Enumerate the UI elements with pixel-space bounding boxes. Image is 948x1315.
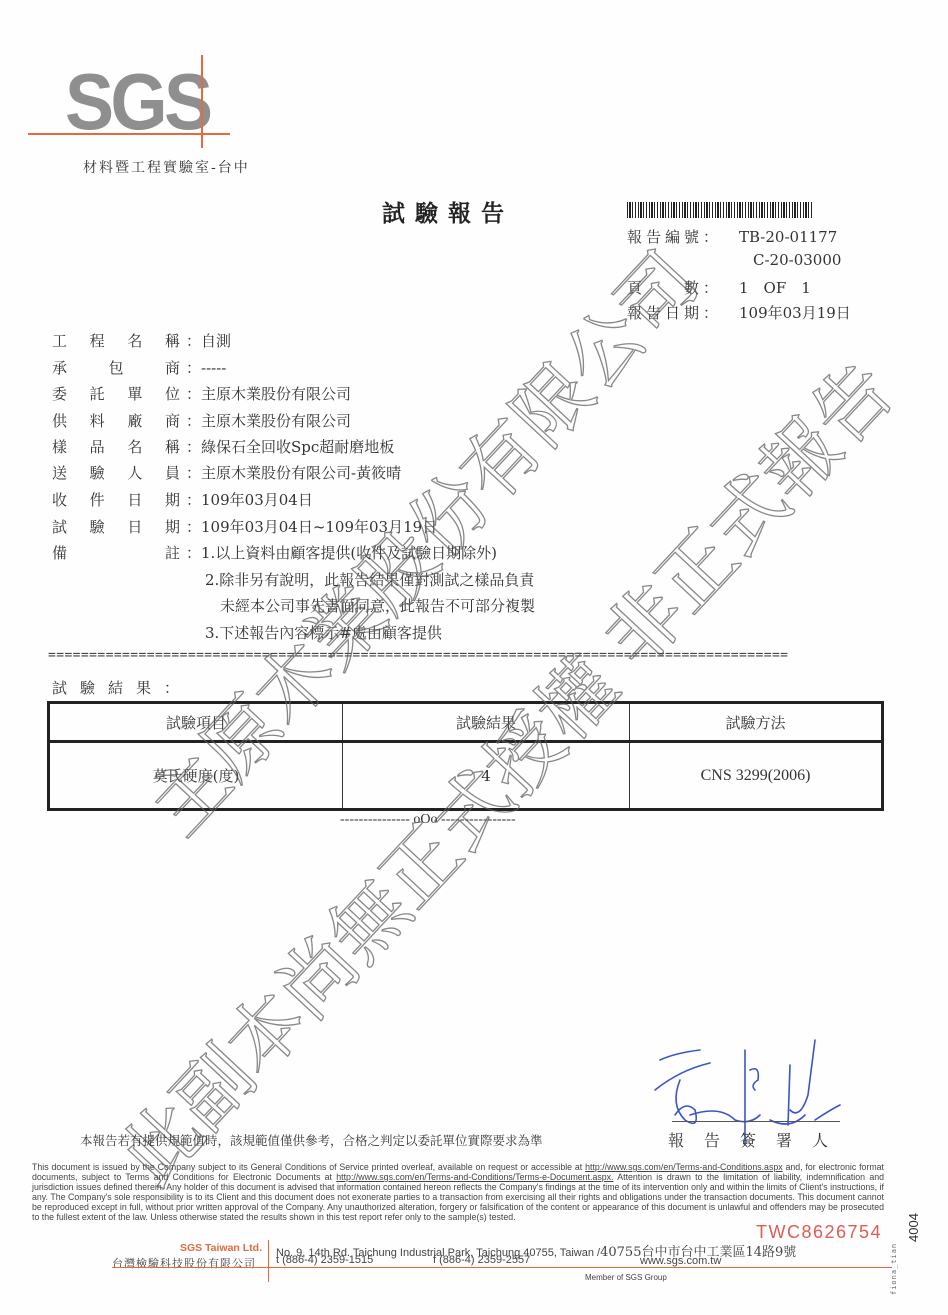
info-row: 收件日期：109年03月04日 [52, 489, 313, 510]
info-value: 主原木業股份有限公司 [201, 412, 351, 430]
info-row: 委託單位：主原木業股份有限公司 [52, 383, 351, 404]
info-row: 承包商：----- [52, 357, 226, 378]
info-label: 備註 [52, 542, 180, 563]
info-label: 委託單位 [52, 383, 180, 404]
legal-text: This document is issued by the Company s… [32, 1162, 585, 1172]
logo-rule-vertical [201, 55, 203, 148]
info-label: 樣品名稱 [52, 436, 180, 457]
info-value: 主原木業股份有限公司-黃筱晴 [201, 464, 401, 482]
info-value: 自測 [201, 332, 231, 350]
info-colon: ： [186, 491, 201, 509]
info-value: 109年03月04日 [201, 491, 313, 509]
footer-website[interactable]: www.sgs.com.tw [640, 1255, 721, 1267]
table-row: 莫氏硬度(度) 4 CNS 3299(2006) [49, 742, 883, 810]
info-value: ----- [201, 359, 226, 377]
column-header: 試驗方法 [630, 703, 883, 742]
info-colon: ： [186, 332, 201, 350]
report-date-row: 報告日期：109年03月19日 [627, 302, 851, 323]
info-label: 工程名稱 [52, 330, 180, 351]
signer-label: 報告簽署人 [668, 1128, 848, 1151]
info-label: 試驗日期 [52, 516, 180, 537]
legal-disclaimer: This document is issued by the Company s… [32, 1162, 884, 1222]
info-label: 供料廠商 [52, 410, 180, 431]
results-label: 試驗結果： [52, 677, 192, 698]
note-line: 3.下述報告內容標示#處由顧客提供 [205, 622, 442, 643]
e-document-terms-link[interactable]: http://www.sgs.com/en/Terms-and-Conditio… [336, 1172, 613, 1182]
report-number-label: 報告編號： [627, 226, 739, 247]
footer-rule-vertical [268, 1240, 269, 1282]
column-header: 試驗結果 [343, 703, 630, 742]
info-value: 主原木業股份有限公司 [201, 385, 351, 403]
report-number: TB-20-01177 [739, 228, 837, 246]
lab-name: 材料暨工程實驗室-台中 [83, 157, 250, 177]
footer-phone: t (886-4) 2359-1515 [276, 1254, 373, 1266]
info-colon: ： [186, 385, 201, 403]
report-number-secondary: C-20-03000 [753, 251, 841, 269]
info-value: 1.以上資料由顧客提供(收件及試驗日期除外) [201, 544, 497, 562]
info-colon: ： [186, 464, 201, 482]
test-method: CNS 3299(2006) [630, 742, 883, 810]
info-value: 109年03月04日~109年03月19日 [201, 518, 437, 536]
column-header: 試驗項目 [49, 703, 343, 742]
note-line: 2.除非另有說明，此報告結果僅對測試之樣品負責 [205, 569, 534, 590]
signature-line [672, 1121, 840, 1122]
side-note: fiona_tian [890, 1243, 898, 1295]
footer-fax: f (886-4) 2359-2557 [433, 1254, 530, 1266]
table-header-row: 試驗項目 試驗結果 試驗方法 [49, 703, 883, 742]
separator-line: ========================================… [48, 648, 884, 663]
pages-row: 頁 數：1 OF 1 [627, 277, 811, 298]
info-colon: ： [186, 412, 201, 430]
side-code: 4004 [906, 1213, 921, 1242]
info-row: 樣品名稱：綠保石全回收Spc超耐磨地板 [52, 436, 394, 457]
sgs-logo: SGS [65, 62, 209, 142]
report-date: 109年03月19日 [739, 304, 851, 322]
pages-label: 頁 數： [627, 277, 739, 298]
logo-rule-horizontal [28, 133, 230, 135]
info-label: 收件日期 [52, 489, 180, 510]
info-row: 工程名稱：自測 [52, 330, 231, 351]
info-colon: ： [186, 518, 201, 536]
terms-link[interactable]: http://www.sgs.com/en/Terms-and-Conditio… [585, 1162, 783, 1172]
test-item: 莫氏硬度(度) [49, 742, 343, 810]
info-label: 送驗人員 [52, 462, 180, 483]
footer-rule-horizontal [112, 1267, 892, 1268]
barcode-icon [627, 202, 813, 218]
report-date-label: 報告日期： [627, 302, 739, 323]
info-row: 供料廠商：主原木業股份有限公司 [52, 410, 351, 431]
pages-value: 1 OF 1 [739, 279, 811, 297]
info-value: 綠保石全回收Spc超耐磨地板 [201, 438, 394, 456]
end-of-results-mark: --------------- oOo ---------------- [340, 812, 516, 828]
spec-disclaimer: 本報告若有提供規範值時，該規範值僅供參考，合格之判定以委託單位實際要求為準 [80, 1131, 543, 1149]
info-row: 送驗人員：主原木業股份有限公司-黃筱晴 [52, 462, 401, 483]
note-line: 未經本公司事先書面同意，此報告不可部分複製 [205, 595, 535, 616]
info-colon: ： [186, 438, 201, 456]
document-title: 試驗報告 [382, 195, 514, 228]
info-label: 承包商 [52, 357, 180, 378]
info-colon: ： [186, 544, 201, 562]
info-row: 備註：1.以上資料由顧客提供(收件及試驗日期除外) [52, 542, 497, 563]
test-result: 4 [343, 742, 630, 810]
info-row: 試驗日期：109年03月04日~109年03月19日 [52, 516, 437, 537]
results-table: 試驗項目 試驗結果 試驗方法 莫氏硬度(度) 4 CNS 3299(2006) [47, 701, 884, 811]
report-number-row: 報告編號：TB-20-01177 [627, 226, 837, 247]
info-colon: ： [186, 359, 201, 377]
footer-company-zh: 台灣檢驗科技股份有限公司 [112, 1255, 256, 1271]
footer-company-en: SGS Taiwan Ltd. [166, 1242, 262, 1254]
footer-member: Member of SGS Group [585, 1273, 667, 1282]
serial-number: TWC8626754 [756, 1222, 882, 1243]
